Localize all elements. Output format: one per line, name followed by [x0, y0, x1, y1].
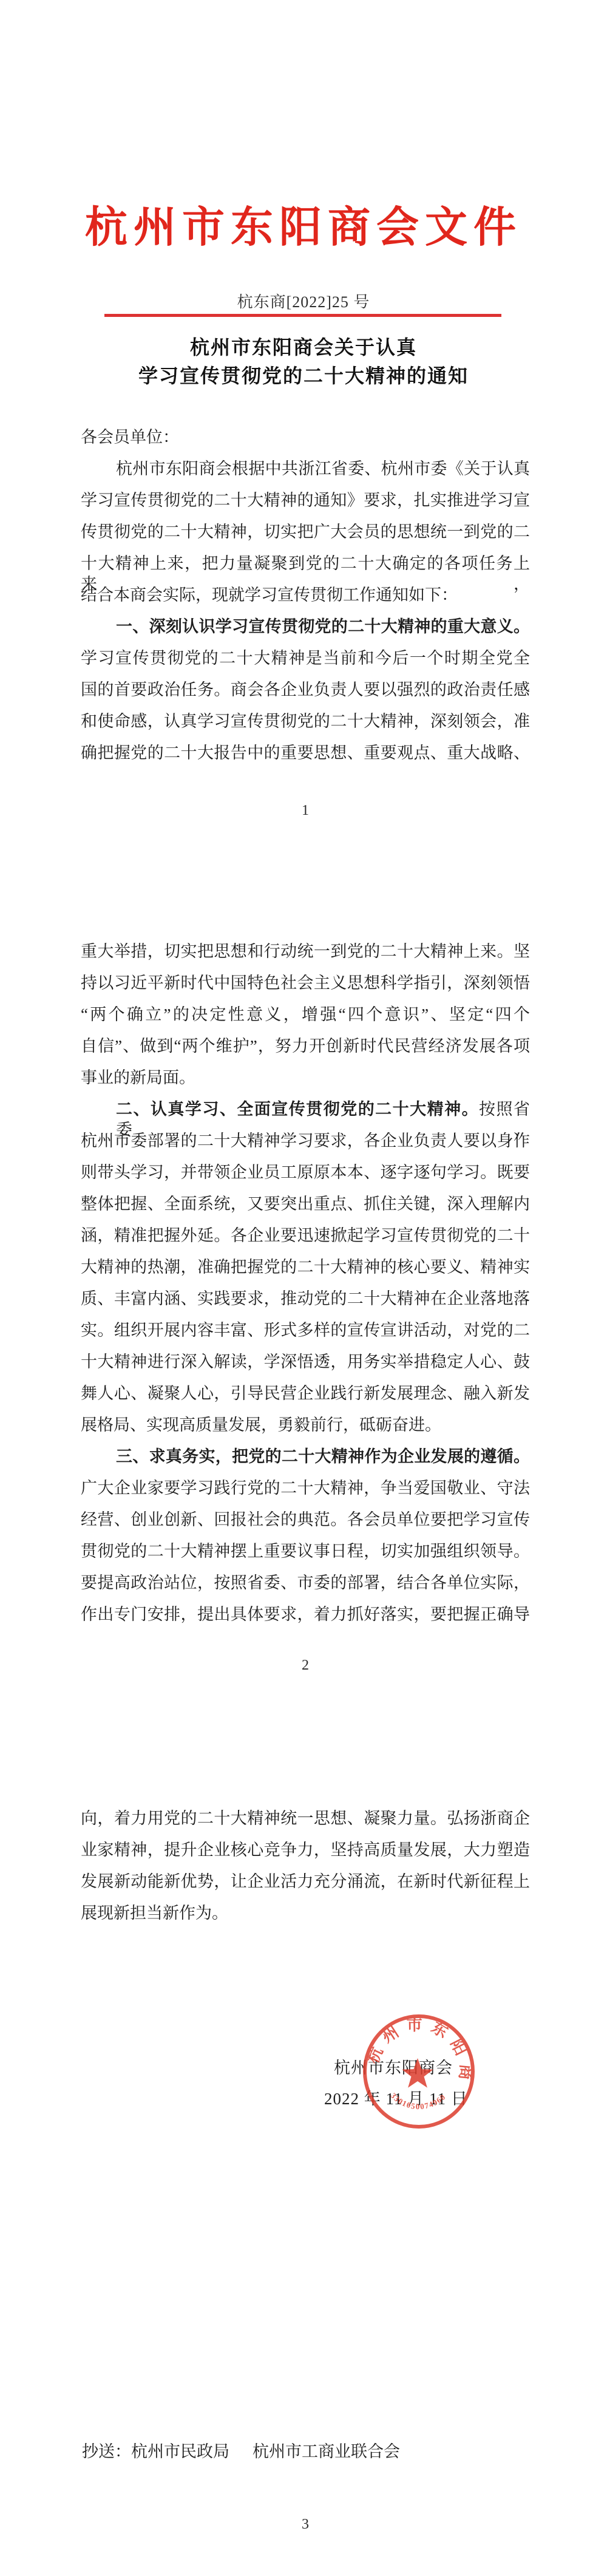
seal-serial-number: 3301050074960 — [389, 2091, 448, 2111]
text-segment: 十大精神进行深入解读，学深悟透，用务实举措稳定人心、鼓 — [81, 1353, 530, 1371]
cc-unit-2: 杭州市工商业联合会 — [253, 2442, 400, 2461]
body-line: 自信”、做到“两个维护”，努力开创新时代民营经济发展各项 — [81, 1036, 530, 1058]
text-segment: 质、丰富内涵、实践要求，推动党的二十大精神在企业落地落 — [81, 1290, 530, 1308]
body-line: 展格局、实现高质量发展，勇毅前行，砥砺奋进。 — [81, 1415, 530, 1436]
seal-star-icon — [402, 2058, 433, 2088]
body-line: 则带头学习，并带领企业员工原原本本、逐字逐句学习。既要 — [81, 1162, 530, 1184]
text-segment: 结合本商会实际，现就学习宣传贯彻工作通知如下： — [81, 586, 458, 604]
text-segment: 舞人心、凝聚人心，引导民营企业践行新发展理念、融入新发 — [81, 1384, 530, 1402]
text-segment: 大精神的热潮，准确把握党的二十大精神的核心要义、精神实 — [81, 1258, 530, 1276]
body-line: 向，着力用党的二十大精神统一思想、凝聚力量。弘扬浙商企 — [81, 1808, 530, 1830]
body-line: 质、丰富内涵、实践要求，推动党的二十大精神在企业落地落 — [81, 1288, 530, 1310]
heading-segment: 二、认真学习、全面宣传贯彻党的二十大精神。 — [116, 1100, 479, 1118]
body-line: 结合本商会实际，现就学习宣传贯彻工作通知如下： — [81, 585, 530, 607]
official-seal-stamp: 杭州市东阳商会 3301050074960 — [358, 2011, 480, 2132]
text-segment: 业家精神，提升企业核心竞争力，坚持高质量发展，大力塑造 — [81, 1841, 530, 1859]
text-segment: 展格局、实现高质量发展，勇毅前行，砥砺奋进。 — [81, 1416, 441, 1434]
text-segment: 广大企业家要学习践行党的二十大精神，争当爱国敬业、守法 — [81, 1479, 530, 1497]
page-number: 1 — [81, 803, 530, 819]
body-line: 传贯彻党的二十大精神，切实把广大会员的思想统一到党的二 — [81, 522, 530, 543]
body-line: 贯彻党的二十大精神摆上重要议事日程，切实加强组织领导。 — [81, 1541, 530, 1563]
text-segment: 和使命感，认真学习宣传贯彻党的二十大精神，深刻领会，准 — [81, 712, 530, 730]
body-line: 三、求真务实，把党的二十大精神作为企业发展的遵循。 — [81, 1446, 530, 1468]
doc-title: 杭州市东阳商会关于认真 学习宣传贯彻党的二十大精神的通知 — [79, 333, 528, 390]
text-segment: 持以习近平新时代中国特色社会主义思想科学指引，深刻领悟 — [81, 974, 530, 992]
body-line: 十大精神上来，把力量凝聚到党的二十大确定的各项任务上来， — [81, 553, 530, 575]
cc-label: 抄送： — [82, 2442, 131, 2461]
body-line: 业家精神，提升企业核心竞争力，坚持高质量发展，大力塑造 — [81, 1840, 530, 1861]
text-segment: 国的首要政治任务。商会各企业负责人要以强烈的政治责任感 — [81, 681, 530, 699]
body-line: 学习宣传贯彻党的二十大精神的通知》要求，扎实推进学习宣 — [81, 490, 530, 512]
red-divider-line — [104, 314, 501, 317]
text-segment: 各会员单位： — [81, 428, 179, 446]
text-segment: “两个确立”的决定性意义，增强“四个意识”、坚定“四个 — [81, 1005, 530, 1024]
body-line: 整体把握、全面系统，又要突出重点、抓住关键，深入理解内 — [81, 1194, 530, 1215]
body-line: 各会员单位： — [81, 427, 530, 449]
doc-title-line-2: 学习宣传贯彻党的二十大精神的通知 — [79, 362, 528, 390]
heading-segment: 一、深刻认识学习宣传贯彻党的二十大精神的重大意义。 — [116, 617, 530, 636]
text-segment: 向，着力用党的二十大精神统一思想、凝聚力量。弘扬浙商企 — [81, 1809, 530, 1827]
body-line: 事业的新局面。 — [81, 1067, 530, 1089]
text-segment: 要提高政治站位，按照省委、市委的部署，结合各单位实际， — [81, 1574, 530, 1592]
text-segment: 贯彻党的二十大精神摆上重要议事日程，切实加强组织领导。 — [81, 1542, 530, 1560]
text-segment: 学习宣传贯彻党的二十大精神是当前和今后一个时期全党全 — [81, 649, 530, 667]
heading-segment: 三、求真务实，把党的二十大精神作为企业发展的遵循。 — [116, 1447, 530, 1466]
text-segment: 整体把握、全面系统，又要突出重点、抓住关键，深入理解内 — [81, 1195, 530, 1213]
body-line: 实。组织开展内容丰富、形式多样的宣传宣讲活动，对党的二 — [81, 1320, 530, 1342]
body-line: 二、认真学习、全面宣传贯彻党的二十大精神。按照省委、 — [81, 1099, 530, 1121]
text-segment: 事业的新局面。 — [81, 1069, 195, 1087]
body-line: 持以习近平新时代中国特色社会主义思想科学指引，深刻领悟 — [81, 973, 530, 994]
doc-title-line-1: 杭州市东阳商会关于认真 — [79, 333, 528, 362]
body-line: 杭州市委部署的二十大精神学习要求，各企业负责人要以身作 — [81, 1130, 530, 1152]
text-segment: 杭州市委部署的二十大精神学习要求，各企业负责人要以身作 — [81, 1132, 530, 1150]
text-segment: 展现新担当新作为。 — [81, 1904, 228, 1922]
document-scan: 杭州市东阳商会文件 杭东商[2022]25 号 杭州市东阳商会关于认真 学习宣传… — [0, 0, 607, 2576]
body-line: 杭州市东阳商会根据中共浙江省委、杭州市委《关于认真 — [81, 458, 530, 480]
text-segment: 确把握党的二十大报告中的重要思想、重要观点、重大战略、 — [81, 744, 530, 762]
body-line: 十大精神进行深入解读，学深悟透，用务实举措稳定人心、鼓 — [81, 1351, 530, 1373]
text-segment: 重大举措，切实把思想和行动统一到党的二十大精神上来。坚 — [81, 942, 530, 960]
text-segment: 作出专门安排，提出具体要求，着力抓好落实，要把握正确导 — [81, 1605, 530, 1623]
text-segment: 实。组织开展内容丰富、形式多样的宣传宣讲活动，对党的二 — [81, 1321, 530, 1339]
cc-unit-1: 杭州市民政局 — [131, 2442, 229, 2461]
body-line: 大精神的热潮，准确把握党的二十大精神的核心要义、精神实 — [81, 1257, 530, 1279]
text-segment: 自信”、做到“两个维护”，努力开创新时代民营经济发展各项 — [81, 1037, 530, 1055]
body-line: 经营、创业创新、回报社会的典范。各会员单位要把学习宣传 — [81, 1509, 530, 1531]
body-line: 发展新动能新优势，让企业活力充分涌流，在新时代新征程上 — [81, 1871, 530, 1893]
body-line: 确把握党的二十大报告中的重要思想、重要观点、重大战略、 — [81, 743, 530, 764]
text-segment: 涵，精准把握外延。各企业要迅速掀起学习宣传贯彻党的二十 — [81, 1226, 530, 1245]
body-line: 涵，精准把握外延。各企业要迅速掀起学习宣传贯彻党的二十 — [81, 1225, 530, 1247]
page-number: 2 — [81, 1657, 530, 1674]
body-line: 学习宣传贯彻党的二十大精神是当前和今后一个时期全党全 — [81, 648, 530, 670]
text-segment: 学习宣传贯彻党的二十大精神的通知》要求，扎实推进学习宣 — [81, 491, 530, 509]
body-line: 作出专门安排，提出具体要求，着力抓好落实，要把握正确导 — [81, 1604, 530, 1626]
body-line: 和使命感，认真学习宣传贯彻党的二十大精神，深刻领会，准 — [81, 711, 530, 733]
doc-number: 杭东商[2022]25 号 — [0, 290, 607, 312]
body-line: “两个确立”的决定性意义，增强“四个意识”、坚定“四个 — [81, 1004, 530, 1026]
body-line: 重大举措，切实把思想和行动统一到党的二十大精神上来。坚 — [81, 941, 530, 963]
body-line: 展现新担当新作为。 — [81, 1903, 530, 1925]
text-segment: 经营、创业创新、回报社会的典范。各会员单位要把学习宣传 — [81, 1511, 530, 1529]
page-number: 3 — [81, 2517, 530, 2533]
body-line: 要提高政治站位，按照省委、市委的部署，结合各单位实际， — [81, 1572, 530, 1594]
cc-line: 抄送：杭州市民政局杭州市工商业联合会 — [82, 2438, 400, 2462]
text-segment: 发展新动能新优势，让企业活力充分涌流，在新时代新征程上 — [81, 1872, 530, 1891]
text-segment: 传贯彻党的二十大精神，切实把广大会员的思想统一到党的二 — [81, 523, 530, 541]
body-line: 舞人心、凝聚人心，引导民营企业践行新发展理念、融入新发 — [81, 1383, 530, 1405]
text-segment: 杭州市东阳商会根据中共浙江省委、杭州市委《关于认真 — [116, 460, 530, 478]
body-line: 一、深刻认识学习宣传贯彻党的二十大精神的重大意义。 — [81, 616, 530, 638]
body-line: 国的首要政治任务。商会各企业负责人要以强烈的政治责任感 — [81, 679, 530, 701]
svg-text:3301050074960: 3301050074960 — [389, 2091, 448, 2111]
body-line: 广大企业家要学习践行党的二十大精神，争当爱国敬业、守法 — [81, 1478, 530, 1500]
text-segment: 则带头学习，并带领企业员工原原本本、逐字逐句学习。既要 — [81, 1163, 530, 1181]
org-banner-title: 杭州市东阳商会文件 — [0, 193, 607, 254]
